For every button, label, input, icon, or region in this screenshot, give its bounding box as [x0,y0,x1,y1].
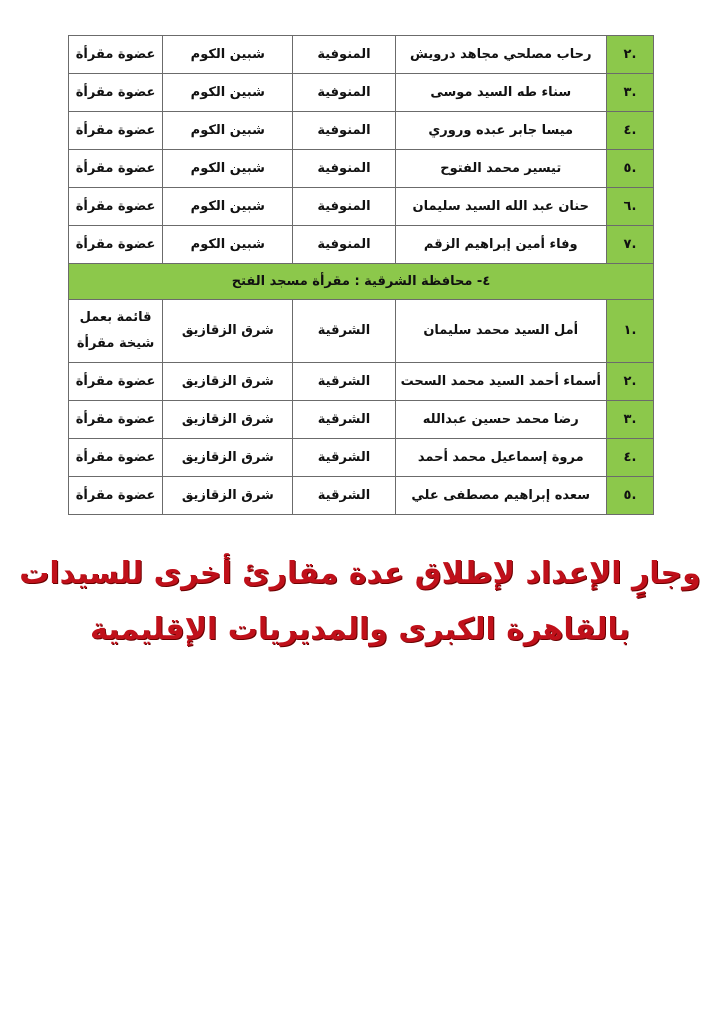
announcement-line-2: بالقاهرة الكبرى والمديريات الإقليمية [0,612,720,647]
member-name: حنان عبد الله السيد سليمان [395,188,606,226]
role: عضوة مقرأة [69,112,163,150]
member-name: تيسير محمد الفتوح [395,150,606,188]
section-header-row: ٤- محافظة الشرقية : مقرأة مسجد الفتح [69,264,654,300]
table-row: .٢رحاب مصلحي مجاهد درويشالمنوفيةشبين الك… [69,36,654,74]
row-number: .٣ [606,401,653,439]
city: شبين الكوم [163,36,293,74]
row-number: .٢ [606,363,653,401]
role: عضوة مقرأة [69,363,163,401]
row-number: .٢ [606,36,653,74]
role: عضوة مقرأة [69,439,163,477]
city: شرق الزقازيق [163,300,293,363]
member-name: سناء طه السيد موسى [395,74,606,112]
governorate: الشرقية [293,477,395,515]
table-row: .٢أسماء أحمد السيد محمد السحتالشرقيةشرق … [69,363,654,401]
governorate: المنوفية [293,36,395,74]
city: شبين الكوم [163,112,293,150]
city: شرق الزقازيق [163,477,293,515]
row-number: .٣ [606,74,653,112]
city: شبين الكوم [163,150,293,188]
table-row: .٥تيسير محمد الفتوحالمنوفيةشبين الكومعضو… [69,150,654,188]
row-number: .١ [606,300,653,363]
governorate: المنوفية [293,226,395,264]
member-name: رضا محمد حسين عبدالله [395,401,606,439]
city: شبين الكوم [163,188,293,226]
role: عضوة مقرأة [69,226,163,264]
governorate: المنوفية [293,150,395,188]
row-number: .٤ [606,439,653,477]
city: شبين الكوم [163,226,293,264]
member-name: أسماء أحمد السيد محمد السحت [395,363,606,401]
role: عضوة مقرأة [69,401,163,439]
role: عضوة مقرأة [69,36,163,74]
member-name: سعده إبراهيم مصطفى علي [395,477,606,515]
governorate: المنوفية [293,112,395,150]
section-title: ٤- محافظة الشرقية : مقرأة مسجد الفتح [69,264,654,300]
role: عضوة مقرأة [69,74,163,112]
member-name: ميسا جابر عبده وروري [395,112,606,150]
governorate: الشرقية [293,401,395,439]
city: شرق الزقازيق [163,439,293,477]
governorate: الشرقية [293,363,395,401]
role: عضوة مقرأة [69,477,163,515]
member-name: أمل السيد محمد سليمان [395,300,606,363]
table-row: .٦حنان عبد الله السيد سليمانالمنوفيةشبين… [69,188,654,226]
table-row: .٣سناء طه السيد موسىالمنوفيةشبين الكومعض… [69,74,654,112]
city: شرق الزقازيق [163,401,293,439]
row-number: .٦ [606,188,653,226]
member-name: وفاء أمين إبراهيم الزقم [395,226,606,264]
member-name: مروة إسماعيل محمد أحمد [395,439,606,477]
role: عضوة مقرأة [69,188,163,226]
row-number: .٥ [606,150,653,188]
members-table: .٢رحاب مصلحي مجاهد درويشالمنوفيةشبين الك… [68,35,654,515]
role: قائمة بعمل شيخة مقرأة [69,300,163,363]
governorate: الشرقية [293,439,395,477]
role: عضوة مقرأة [69,150,163,188]
governorate: الشرقية [293,300,395,363]
row-number: .٧ [606,226,653,264]
governorate: المنوفية [293,74,395,112]
announcement-line-1: وجارٍ الإعداد لإطلاق عدة مقارئ أخرى للسي… [0,556,720,591]
table-row: .٥سعده إبراهيم مصطفى عليالشرقيةشرق الزقا… [69,477,654,515]
table-row: .٤مروة إسماعيل محمد أحمدالشرقيةشرق الزقا… [69,439,654,477]
city: شرق الزقازيق [163,363,293,401]
city: شبين الكوم [163,74,293,112]
table-row: .١أمل السيد محمد سليمانالشرقيةشرق الزقاز… [69,300,654,363]
table-row: .٤ميسا جابر عبده وروريالمنوفيةشبين الكوم… [69,112,654,150]
table-row: .٣رضا محمد حسين عبداللهالشرقيةشرق الزقاز… [69,401,654,439]
member-name: رحاب مصلحي مجاهد درويش [395,36,606,74]
table-row: .٧وفاء أمين إبراهيم الزقمالمنوفيةشبين ال… [69,226,654,264]
row-number: .٤ [606,112,653,150]
governorate: المنوفية [293,188,395,226]
row-number: .٥ [606,477,653,515]
